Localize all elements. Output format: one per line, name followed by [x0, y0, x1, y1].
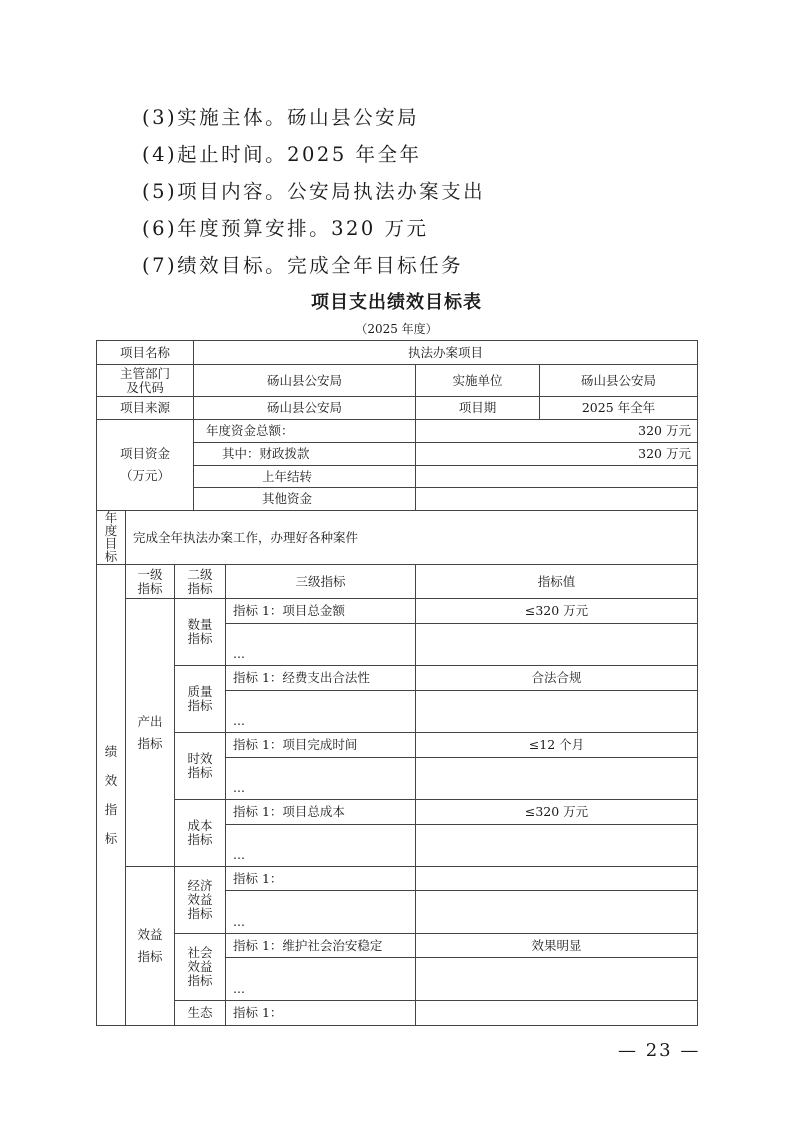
- indicator-name: ...: [226, 891, 416, 934]
- page-number: — 23 —: [618, 1040, 700, 1061]
- indicator-name: 指标 1：: [226, 1001, 416, 1026]
- indicator-value: [416, 867, 698, 891]
- header-level2: 二级指标: [175, 565, 226, 599]
- funds-other-value: [416, 488, 698, 511]
- social-benefit-label: 社会效益指标: [175, 934, 226, 1001]
- period-value: 2025 年全年: [540, 397, 698, 420]
- cost-indicators-label: 成本指标: [175, 800, 226, 867]
- ecological-benefit-label: 生态: [175, 1001, 226, 1026]
- paragraph-period: (4)起止时间。2025 年全年: [142, 143, 421, 167]
- benefit-indicators-label: 效益指标: [126, 867, 175, 1026]
- indicator-value: ≤320 万元: [416, 599, 698, 624]
- funds-other-label: 其他资金: [194, 488, 416, 511]
- indicator-value: [416, 691, 698, 733]
- quantity-indicators-label: 数量指标: [175, 599, 226, 666]
- funds-fiscal-label: 其中：财政拨款: [194, 443, 416, 466]
- paragraph-goal: (7)绩效目标。完成全年目标任务: [142, 254, 463, 278]
- funds-carryover-value: [416, 466, 698, 488]
- header-level1: 一级指标: [126, 565, 175, 599]
- funds-fiscal-value: 320 万元: [416, 443, 698, 466]
- table-title: 项目支出绩效目标表: [0, 288, 793, 314]
- period-label: 项目期: [416, 397, 540, 420]
- indicator-value: ≤320 万元: [416, 800, 698, 825]
- performance-target-table: 项目名称 执法办案项目 主管部门及代码 砀山县公安局 实施单位 砀山县公安局 项…: [96, 340, 698, 1026]
- indicator-value: [416, 891, 698, 934]
- funds-carryover-label: 上年结转: [194, 466, 416, 488]
- economic-benefit-label: 经济效益指标: [175, 867, 226, 934]
- indicator-name: ...: [226, 758, 416, 800]
- indicator-name: ...: [226, 825, 416, 867]
- indicator-name: ...: [226, 691, 416, 733]
- indicator-value: 效果明显: [416, 934, 698, 958]
- impl-label: 实施单位: [416, 365, 540, 397]
- indicator-value: ≤12 个月: [416, 733, 698, 758]
- source-value: 砀山县公安局: [194, 397, 416, 420]
- indicator-name: 指标 1：项目总金额: [226, 599, 416, 624]
- dept-value: 砀山县公安局: [194, 365, 416, 397]
- project-name-value: 执法办案项目: [194, 341, 698, 365]
- quality-indicators-label: 质量指标: [175, 666, 226, 733]
- indicator-value: [416, 958, 698, 1001]
- source-label: 项目来源: [97, 397, 194, 420]
- paragraph-content: (5)项目内容。公安局执法办案支出: [142, 180, 485, 204]
- indicator-value: [416, 1001, 698, 1026]
- funds-total-value: 320 万元: [416, 420, 698, 443]
- indicator-name: 指标 1：: [226, 867, 416, 891]
- performance-indicators-label: 绩效指标: [97, 565, 126, 1026]
- indicator-value: [416, 624, 698, 666]
- table-year: （2025 年度）: [0, 320, 793, 337]
- indicator-value: [416, 825, 698, 867]
- annual-goal-text: 完成全年执法办案工作，办理好各种案件: [126, 511, 698, 565]
- paragraph-implementer: (3)实施主体。砀山县公安局: [142, 106, 419, 130]
- annual-goal-label: 年度目标: [97, 511, 126, 565]
- timeliness-indicators-label: 时效指标: [175, 733, 226, 800]
- indicator-name: 指标 1：项目完成时间: [226, 733, 416, 758]
- indicator-name: 指标 1：项目总成本: [226, 800, 416, 825]
- project-name-label: 项目名称: [97, 341, 194, 365]
- indicator-name: 指标 1：维护社会治安稳定: [226, 934, 416, 958]
- impl-value: 砀山县公安局: [540, 365, 698, 397]
- header-level3: 三级指标: [226, 565, 416, 599]
- indicator-value: 合法合规: [416, 666, 698, 691]
- dept-label: 主管部门及代码: [97, 365, 194, 397]
- header-value: 指标值: [416, 565, 698, 599]
- funds-label: 项目资金（万元）: [97, 420, 194, 511]
- paragraph-budget: (6)年度预算安排。320 万元: [142, 217, 429, 241]
- indicator-name: ...: [226, 624, 416, 666]
- indicator-value: [416, 758, 698, 800]
- indicator-name: ...: [226, 958, 416, 1001]
- funds-total-label: 年度资金总额：: [194, 420, 416, 443]
- output-indicators-label: 产出指标: [126, 599, 175, 867]
- indicator-name: 指标 1：经费支出合法性: [226, 666, 416, 691]
